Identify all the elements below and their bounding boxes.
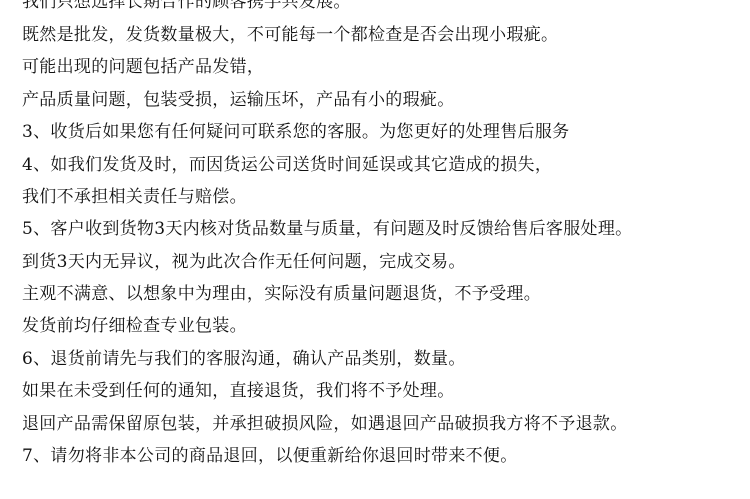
text-line-partner-intro: 我们只想选择长期合作的顾客携手共发展。 xyxy=(22,0,351,12)
text-line-no-notice-returns: 如果在未受到任何的通知，直接退货，我们将不予处理。 xyxy=(22,381,455,401)
text-line-packaging: 发货前均仔细检查专业包装。 xyxy=(22,316,247,336)
text-line-clause-7: 7、请勿将非本公司的商品退回，以便重新给你退回时带来不便。 xyxy=(22,446,518,466)
text-line-return-packaging: 退回产品需保留原包装，并承担破损风险，如遇退回产品破损我方将不予退款。 xyxy=(22,414,628,434)
text-line-no-liability: 我们不承担相关责任与赔偿。 xyxy=(22,187,247,207)
text-line-issue-types: 产品质量问题，包装受损，运输压坏，产品有小的瑕疵。 xyxy=(22,90,455,110)
text-line-no-objection: 到货3天内无异议，视为此次合作无任何问题，完成交易。 xyxy=(22,252,466,272)
policy-document: 我们只想选择长期合作的顾客携手共发展。 既然是批发，发货数量极大，不可能每一个都… xyxy=(0,0,750,499)
text-line-clause-6: 6、退货前请先与我们的客服沟通，确认产品类别，数量。 xyxy=(22,349,466,369)
text-line-clause-3: 3、收货后如果您有任何疑问可联系您的客服。为您更好的处理售后服务 xyxy=(22,122,569,142)
text-line-possible-issues: 可能出现的问题包括产品发错， xyxy=(22,57,264,77)
text-line-clause-4: 4、如我们发货及时，而因货运公司送货时间延误或其它造成的损失， xyxy=(22,155,552,175)
text-line-clause-5: 5、客户收到货物3天内核对货品数量与质量，有问题及时反馈给售后客服处理。 xyxy=(22,219,632,239)
text-line-wholesale-note: 既然是批发，发货数量极大，不可能每一个都检查是否会出现小瑕疵。 xyxy=(22,25,558,45)
text-line-subjective-returns: 主观不满意、以想象中为理由，实际没有质量问题退货，不予受理。 xyxy=(22,284,541,304)
